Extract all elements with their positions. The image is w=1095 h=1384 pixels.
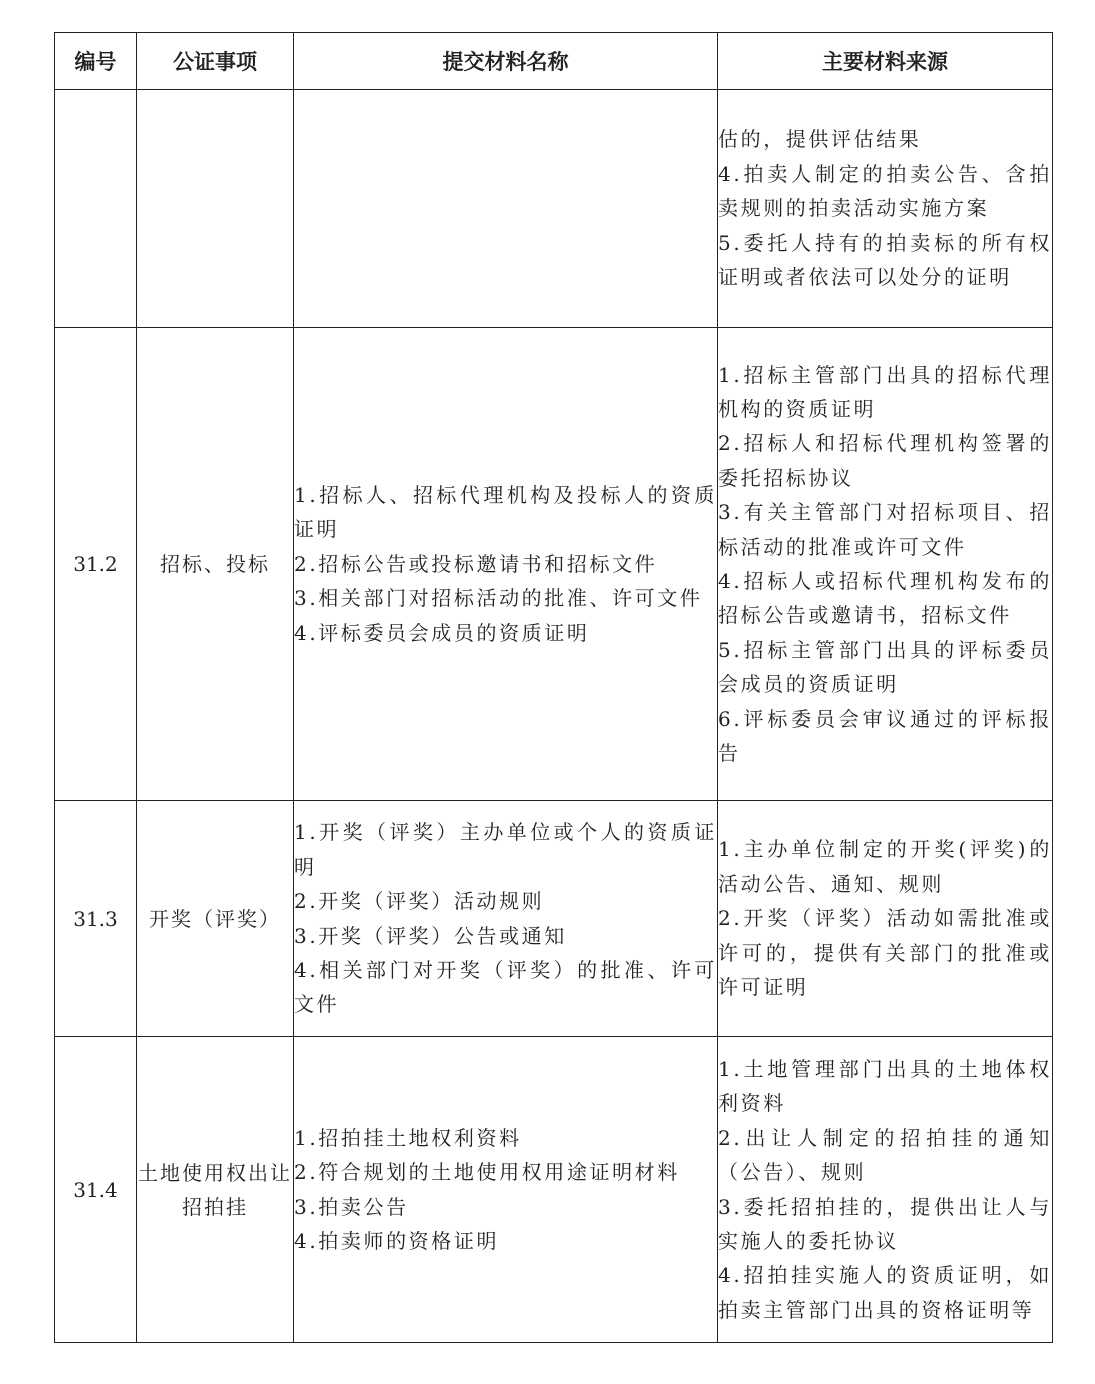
cell-materials xyxy=(294,90,718,328)
cell-materials: 1.招拍挂土地权利资料 2.符合规划的土地使用权用途证明材料 3.拍卖公告 4.… xyxy=(294,1037,718,1343)
cell-id: 31.4 xyxy=(55,1037,137,1343)
material-item: 3.相关部门对招标活动的批准、许可文件 xyxy=(294,581,717,615)
cell-sources: 1.主办单位制定的开奖(评奖)的活动公告、通知、规则 2.开奖（评奖）活动如需批… xyxy=(718,801,1053,1037)
cell-materials: 1.招标人、招标代理机构及投标人的资质证明 2.招标公告或投标邀请书和招标文件 … xyxy=(294,328,718,801)
material-item: 3.拍卖公告 xyxy=(294,1190,717,1224)
notarization-materials-table: 编号 公证事项 提交材料名称 主要材料来源 估的，提供评估结果 4.拍卖人制定的… xyxy=(54,32,1053,1343)
cell-id: 31.3 xyxy=(55,801,137,1037)
material-item: 1.招标人、招标代理机构及投标人的资质证明 xyxy=(294,478,717,547)
source-item: 1.土地管理部门出具的土地体权利资料 xyxy=(718,1052,1052,1121)
material-item: 4.拍卖师的资格证明 xyxy=(294,1224,717,1258)
cell-matter: 招标、投标 xyxy=(137,328,294,801)
source-item: 2.出让人制定的招拍挂的通知（公告）、规则 xyxy=(718,1121,1052,1190)
cell-matter xyxy=(137,90,294,328)
material-item: 4.评标委员会成员的资质证明 xyxy=(294,616,717,650)
cell-matter: 土地使用权出让招拍挂 xyxy=(137,1037,294,1343)
cell-id xyxy=(55,90,137,328)
table-header-row: 编号 公证事项 提交材料名称 主要材料来源 xyxy=(55,33,1053,90)
source-item: 4.拍卖人制定的拍卖公告、含拍卖规则的拍卖活动实施方案 xyxy=(718,157,1052,226)
header-id: 编号 xyxy=(55,33,137,90)
cell-sources: 1.招标主管部门出具的招标代理机构的资质证明 2.招标人和招标代理机构签署的委托… xyxy=(718,328,1053,801)
cell-id: 31.2 xyxy=(55,328,137,801)
header-materials: 提交材料名称 xyxy=(294,33,718,90)
header-sources: 主要材料来源 xyxy=(718,33,1053,90)
source-item: 1.招标主管部门出具的招标代理机构的资质证明 xyxy=(718,358,1052,427)
source-item: 5.委托人持有的拍卖标的所有权证明或者依法可以处分的证明 xyxy=(718,226,1052,295)
cell-sources: 1.土地管理部门出具的土地体权利资料 2.出让人制定的招拍挂的通知（公告）、规则… xyxy=(718,1037,1053,1343)
material-item: 4.相关部门对开奖（评奖）的批准、许可文件 xyxy=(294,953,717,1022)
source-item: 2.招标人和招标代理机构签署的委托招标协议 xyxy=(718,426,1052,495)
table-row: 31.3 开奖（评奖） 1.开奖（评奖）主办单位或个人的资质证明 2.开奖（评奖… xyxy=(55,801,1053,1037)
header-matter: 公证事项 xyxy=(137,33,294,90)
table-row: 31.2 招标、投标 1.招标人、招标代理机构及投标人的资质证明 2.招标公告或… xyxy=(55,328,1053,801)
material-item: 2.符合规划的土地使用权用途证明材料 xyxy=(294,1155,717,1189)
material-item: 1.开奖（评奖）主办单位或个人的资质证明 xyxy=(294,815,717,884)
source-item: 5.招标主管部门出具的评标委员会成员的资质证明 xyxy=(718,633,1052,702)
source-item: 估的，提供评估结果 xyxy=(718,122,1052,156)
cell-materials: 1.开奖（评奖）主办单位或个人的资质证明 2.开奖（评奖）活动规则 3.开奖（评… xyxy=(294,801,718,1037)
cell-matter: 开奖（评奖） xyxy=(137,801,294,1037)
source-item: 1.主办单位制定的开奖(评奖)的活动公告、通知、规则 xyxy=(718,832,1052,901)
source-item: 4.招拍挂实施人的资质证明，如拍卖主管部门出具的资格证明等 xyxy=(718,1258,1052,1327)
cell-sources: 估的，提供评估结果 4.拍卖人制定的拍卖公告、含拍卖规则的拍卖活动实施方案 5.… xyxy=(718,90,1053,328)
material-item: 2.开奖（评奖）活动规则 xyxy=(294,884,717,918)
material-item: 3.开奖（评奖）公告或通知 xyxy=(294,919,717,953)
source-item: 3.委托招拍挂的，提供出让人与实施人的委托协议 xyxy=(718,1190,1052,1259)
table-row: 估的，提供评估结果 4.拍卖人制定的拍卖公告、含拍卖规则的拍卖活动实施方案 5.… xyxy=(55,90,1053,328)
source-item: 2.开奖（评奖）活动如需批准或许可的，提供有关部门的批准或许可证明 xyxy=(718,901,1052,1004)
source-item: 4.招标人或招标代理机构发布的招标公告或邀请书，招标文件 xyxy=(718,564,1052,633)
material-item: 1.招拍挂土地权利资料 xyxy=(294,1121,717,1155)
table-row: 31.4 土地使用权出让招拍挂 1.招拍挂土地权利资料 2.符合规划的土地使用权… xyxy=(55,1037,1053,1343)
material-item: 2.招标公告或投标邀请书和招标文件 xyxy=(294,547,717,581)
source-item: 6.评标委员会审议通过的评标报告 xyxy=(718,702,1052,771)
source-item: 3.有关主管部门对招标项目、招标活动的批准或许可文件 xyxy=(718,495,1052,564)
